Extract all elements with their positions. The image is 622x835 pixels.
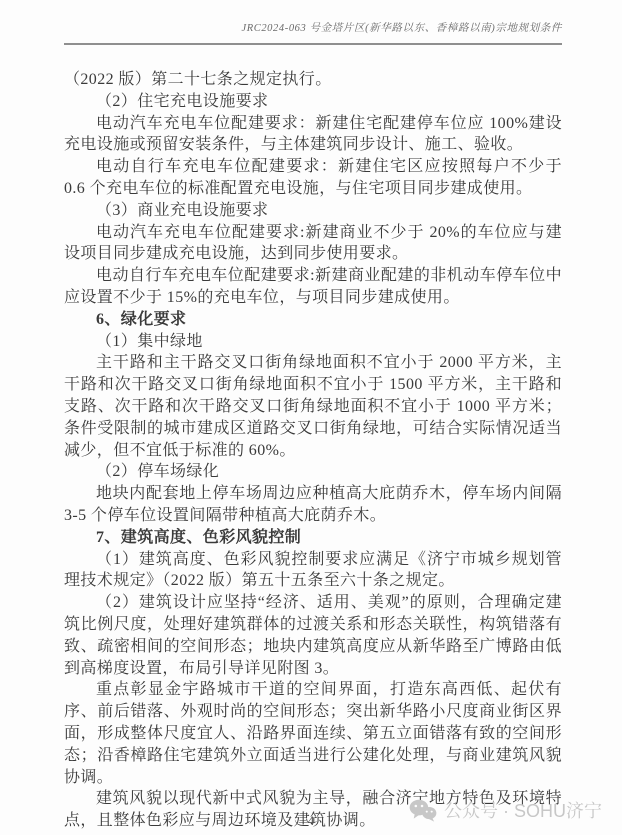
paragraph-ev-commercial: 电动汽车充电车位配建要求:新建商业不少于 20%的车位应与建设项目同步建成充电设… <box>64 222 562 266</box>
paragraph-ebike-commercial: 电动自行车充电车位配建要求:新建商业配建的非机动车停车位中应设置不少于 15%的… <box>64 265 562 309</box>
subheading-commercial-charging: （3）商业充电设施要求 <box>64 200 562 222</box>
page-header: JRC2024-063 号金塔片区(新华路以东、香樟路以南)宗地规划条件 <box>64 22 562 36</box>
subheading-parking-green: （2）停车场绿化 <box>64 461 562 483</box>
document-page: JRC2024-063 号金塔片区(新华路以东、香樟路以南)宗地规划条件 （20… <box>0 0 622 835</box>
paragraph-ebike-residential: 电动自行车充电车位配建要求：新建住宅区应按照每户不少于 0.6 个充电车位的标准… <box>64 156 562 200</box>
document-body: （2022 版）第二十七条之规定执行。 （2）住宅充电设施要求 电动汽车充电车位… <box>64 69 562 832</box>
wechat-icon <box>409 799 437 822</box>
subheading-central-green: （1）集中绿地 <box>64 331 562 353</box>
paragraph-parking-trees: 地块内配套地上停车场周边应种植高大庇荫乔木，停车场内间隔 3-5 个停车位设置间… <box>64 483 562 527</box>
section-heading-greening: 6、绿化要求 <box>64 309 562 331</box>
subheading-residential-charging: （2）住宅充电设施要求 <box>64 91 562 113</box>
section-heading-building-height: 7、建筑高度、色彩风貌控制 <box>64 527 562 549</box>
header-rule <box>64 43 562 45</box>
paragraph-green-area: 主干路和主干路交叉口街角绿地面积不宜小于 2000 平方米，主干路和次干路交叉口… <box>64 352 562 461</box>
paragraph-ev-residential: 电动汽车充电车位配建要求：新建住宅配建停车位应 100%建设充电设施或预留安装条… <box>64 113 562 157</box>
header-title: JRC2024-063 号金塔片区(新华路以东、香樟路以南)宗地规划条件 <box>241 23 562 34</box>
paragraph-height-color-control: （1）建筑高度、色彩风貌控制要求应满足《济宁市城乡规划管理技术规定》（2022 … <box>64 549 562 593</box>
paragraph-space-interface: 重点彰显金宇路城市干道的空间界面，打造东高西低、起伏有序、前后错落、外观时尚的空… <box>64 679 562 788</box>
paragraph-continuation: （2022 版）第二十七条之规定执行。 <box>64 69 562 91</box>
watermark: 公众号 · SOHU济宁 <box>409 797 602 823</box>
paragraph-design-principle: （2）建筑设计应坚持“经济、适用、美观”的原则，合理确定建筑比例尺度，处理好建筑… <box>64 592 562 679</box>
watermark-text: 公众号 · SOHU济宁 <box>444 797 602 823</box>
